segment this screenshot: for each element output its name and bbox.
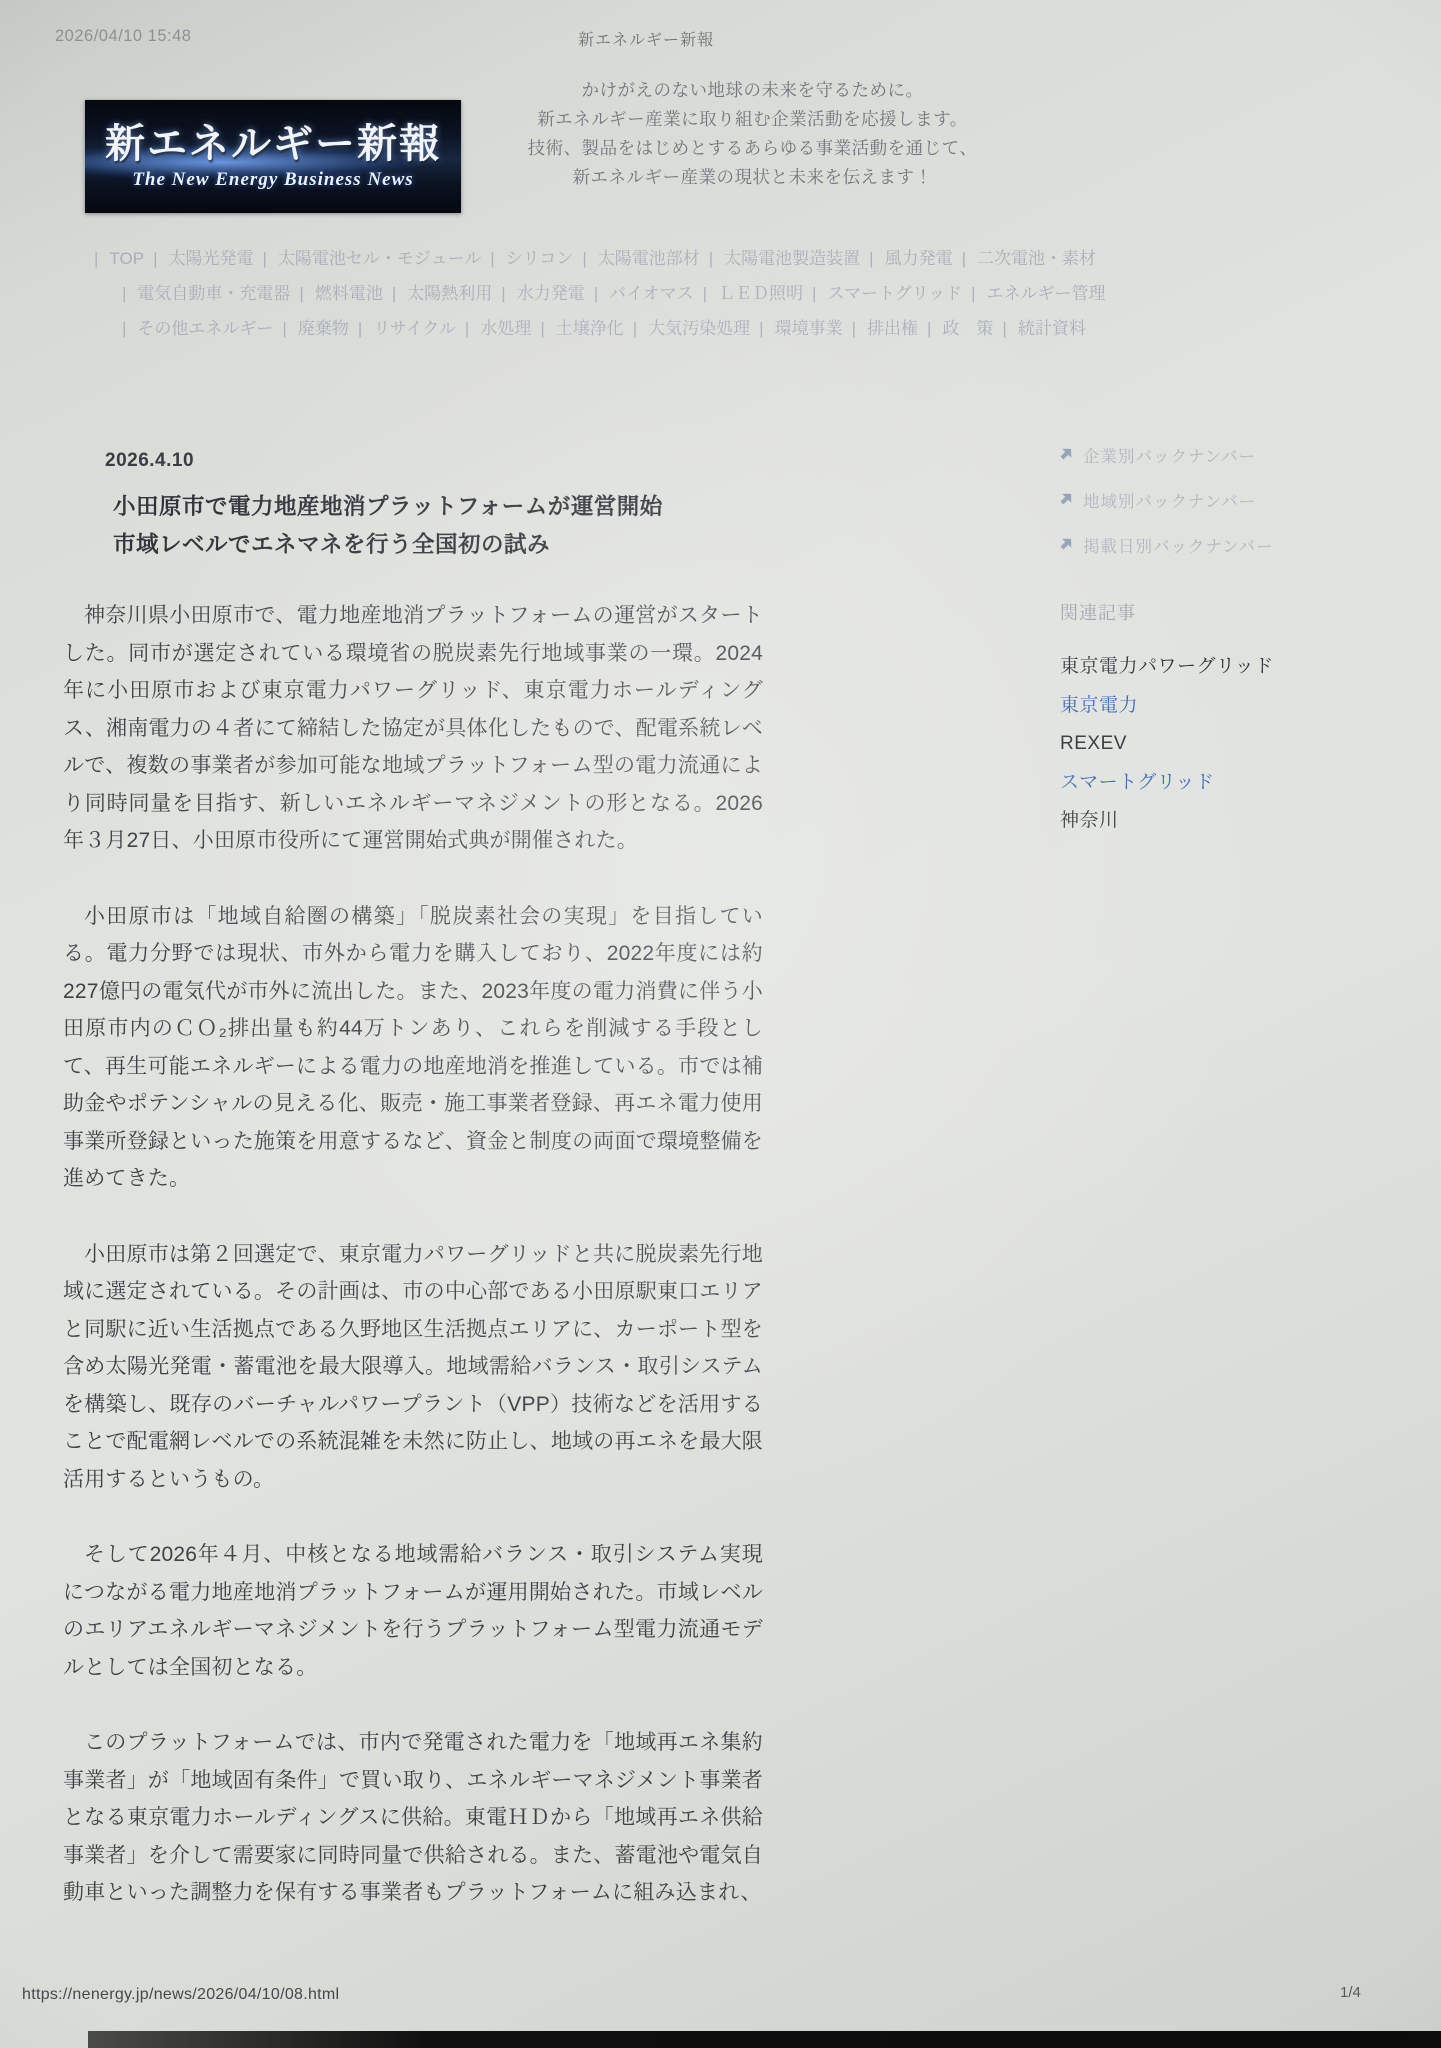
nav-link[interactable]: 電気自動車・充電器 [113, 284, 290, 303]
article-body: 神奈川県小田原市で、電力地産地消プラットフォームの運営がスタートした。同市が選定… [63, 597, 763, 1912]
nav-link[interactable]: 太陽電池製造装置 [700, 249, 860, 268]
backnumber-link[interactable]: 掲載日別バックナンバー [1060, 533, 1430, 578]
nav-link[interactable]: エネルギー管理 [962, 284, 1105, 303]
nav-link[interactable]: 燃料電池 [290, 284, 382, 303]
print-page-title: 新エネルギー新報 [578, 27, 714, 50]
nav-link[interactable]: 統計資料 [993, 319, 1085, 338]
sidebar: 企業別バックナンバー 地域別バックナンバー 掲載日別バックナンバー 関連記事 東… [1060, 443, 1430, 841]
nav-link[interactable]: 水力発電 [492, 284, 584, 303]
backnumber-label: 地域別バックナンバー [1083, 488, 1256, 512]
photo-bottom-edge [88, 2031, 1441, 2048]
article-title-line: 小田原市で電力地産地消プラットフォームが運営開始 [113, 488, 763, 526]
article-title: 小田原市で電力地産地消プラットフォームが運営開始市域レベルでエネマネを行う全国初… [63, 488, 763, 564]
nav-link[interactable]: 太陽電池部材 [573, 249, 699, 268]
tagline-line: 新エネルギー産業に取り組む企業活動を応援します。 [520, 105, 985, 134]
backnumber-link[interactable]: 企業別バックナンバー [1060, 443, 1430, 488]
article-paragraph: そして2026年４月、中核となる地域需給バランス・取引システム実現につながる電力… [63, 1536, 763, 1686]
related-article-link[interactable]: スマートグリッド [1060, 764, 1430, 803]
article-paragraph: 小田原市は第２回選定で、東京電力パワーグリッドと共に脱炭素先行地域に選定されてい… [63, 1236, 763, 1499]
site-logo[interactable]: 新エネルギー新報 The New Energy Business News [85, 100, 461, 213]
backnumber-link[interactable]: 地域別バックナンバー [1060, 488, 1430, 533]
article: 2026.4.10 小田原市で電力地産地消プラットフォームが運営開始市域レベルで… [63, 450, 763, 1950]
related-articles-list: 東京電力パワーグリッド 東京電力 REXEV スマートグリッド 神奈川 [1060, 648, 1430, 841]
nav-link[interactable]: 風力発電 [860, 249, 952, 268]
arrow-ne-icon [1057, 489, 1075, 507]
nav-link[interactable]: 太陽光発電 [144, 249, 253, 268]
article-paragraph: 小田原市は「地域自給圏の構築」「脱炭素社会の実現」を目指している。電力分野では現… [63, 898, 763, 1198]
article-title-line: 市域レベルでエネマネを行う全国初の試み [113, 526, 763, 564]
article-paragraph: 神奈川県小田原市で、電力地産地消プラットフォームの運営がスタートした。同市が選定… [63, 597, 763, 860]
nav-link[interactable]: 排出権 [843, 319, 918, 338]
backnumber-list: 企業別バックナンバー 地域別バックナンバー 掲載日別バックナンバー [1060, 443, 1430, 578]
nav-link[interactable]: スマートグリッド [803, 284, 962, 303]
nav-row-2: 電気自動車・充電器燃料電池太陽熱利用水力発電バイオマスＬＥＤ照明スマートグリッド… [85, 276, 1365, 311]
nav-link[interactable]: 政 策 [918, 319, 993, 338]
print-page-number: 1/4 [1340, 1984, 1361, 2001]
print-timestamp: 2026/04/10 15:48 [55, 27, 191, 46]
nav-link[interactable]: その他エネルギー [113, 319, 273, 338]
nav-link[interactable]: リサイクル [349, 319, 456, 338]
tagline-line: かけがえのない地球の未来を守るために。 [520, 76, 985, 105]
related-article-link[interactable]: 東京電力パワーグリッド [1060, 648, 1430, 687]
tagline-line: 技術、製品をはじめとするあらゆる事業活動を通じて、 [520, 134, 985, 163]
related-article-link[interactable]: 東京電力 [1060, 687, 1430, 726]
nav-link[interactable]: 大気汚染処理 [624, 319, 750, 338]
nav-link[interactable]: 環境事業 [750, 319, 842, 338]
printed-webpage: 2026/04/10 15:48 新エネルギー新報 新エネルギー新報 The N… [0, 0, 1441, 2048]
nav-link[interactable]: 廃棄物 [273, 319, 348, 338]
nav-link[interactable]: 水処理 [456, 319, 531, 338]
arrow-ne-icon [1057, 444, 1075, 462]
logo-subtitle: The New Energy Business News [132, 169, 413, 191]
article-date: 2026.4.10 [63, 450, 763, 472]
tagline-line: 新エネルギー産業の現状と未来を伝えます！ [520, 163, 985, 192]
nav-link[interactable]: 太陽熱利用 [383, 284, 492, 303]
nav-link[interactable]: 土壌浄化 [531, 319, 623, 338]
backnumber-label: 企業別バックナンバー [1083, 443, 1256, 467]
logo-title: 新エネルギー新報 [105, 122, 441, 166]
arrow-ne-icon [1057, 534, 1075, 552]
backnumber-label: 掲載日別バックナンバー [1083, 533, 1274, 557]
related-article-link[interactable]: REXEV [1060, 725, 1430, 764]
nav-row-3: その他エネルギー廃棄物リサイクル水処理土壌浄化大気汚染処理環境事業排出権政 策統… [85, 311, 1365, 346]
nav-link[interactable]: 太陽電池セル・モジュール [253, 249, 481, 268]
nav-link[interactable]: TOP [85, 249, 144, 268]
related-articles-heading: 関連記事 [1060, 599, 1430, 625]
nav-link[interactable]: バイオマス [585, 284, 694, 303]
category-nav: TOP太陽光発電太陽電池セル・モジュールシリコン太陽電池部材太陽電池製造装置風力… [85, 241, 1365, 346]
nav-link[interactable]: ＬＥＤ照明 [694, 284, 803, 303]
nav-row-1: TOP太陽光発電太陽電池セル・モジュールシリコン太陽電池部材太陽電池製造装置風力… [85, 241, 1365, 276]
nav-link[interactable]: シリコン [481, 249, 573, 268]
article-paragraph: このプラットフォームでは、市内で発電された電力を「地域再エネ集約事業者」が「地域… [63, 1724, 763, 1912]
print-source-url[interactable]: https://nenergy.jp/news/2026/04/10/08.ht… [22, 1986, 339, 2004]
related-article-link[interactable]: 神奈川 [1060, 802, 1430, 841]
masthead-tagline: かけがえのない地球の未来を守るために。新エネルギー産業に取り組む企業活動を応援し… [520, 76, 985, 192]
nav-link[interactable]: 二次電池・素材 [953, 249, 1096, 268]
